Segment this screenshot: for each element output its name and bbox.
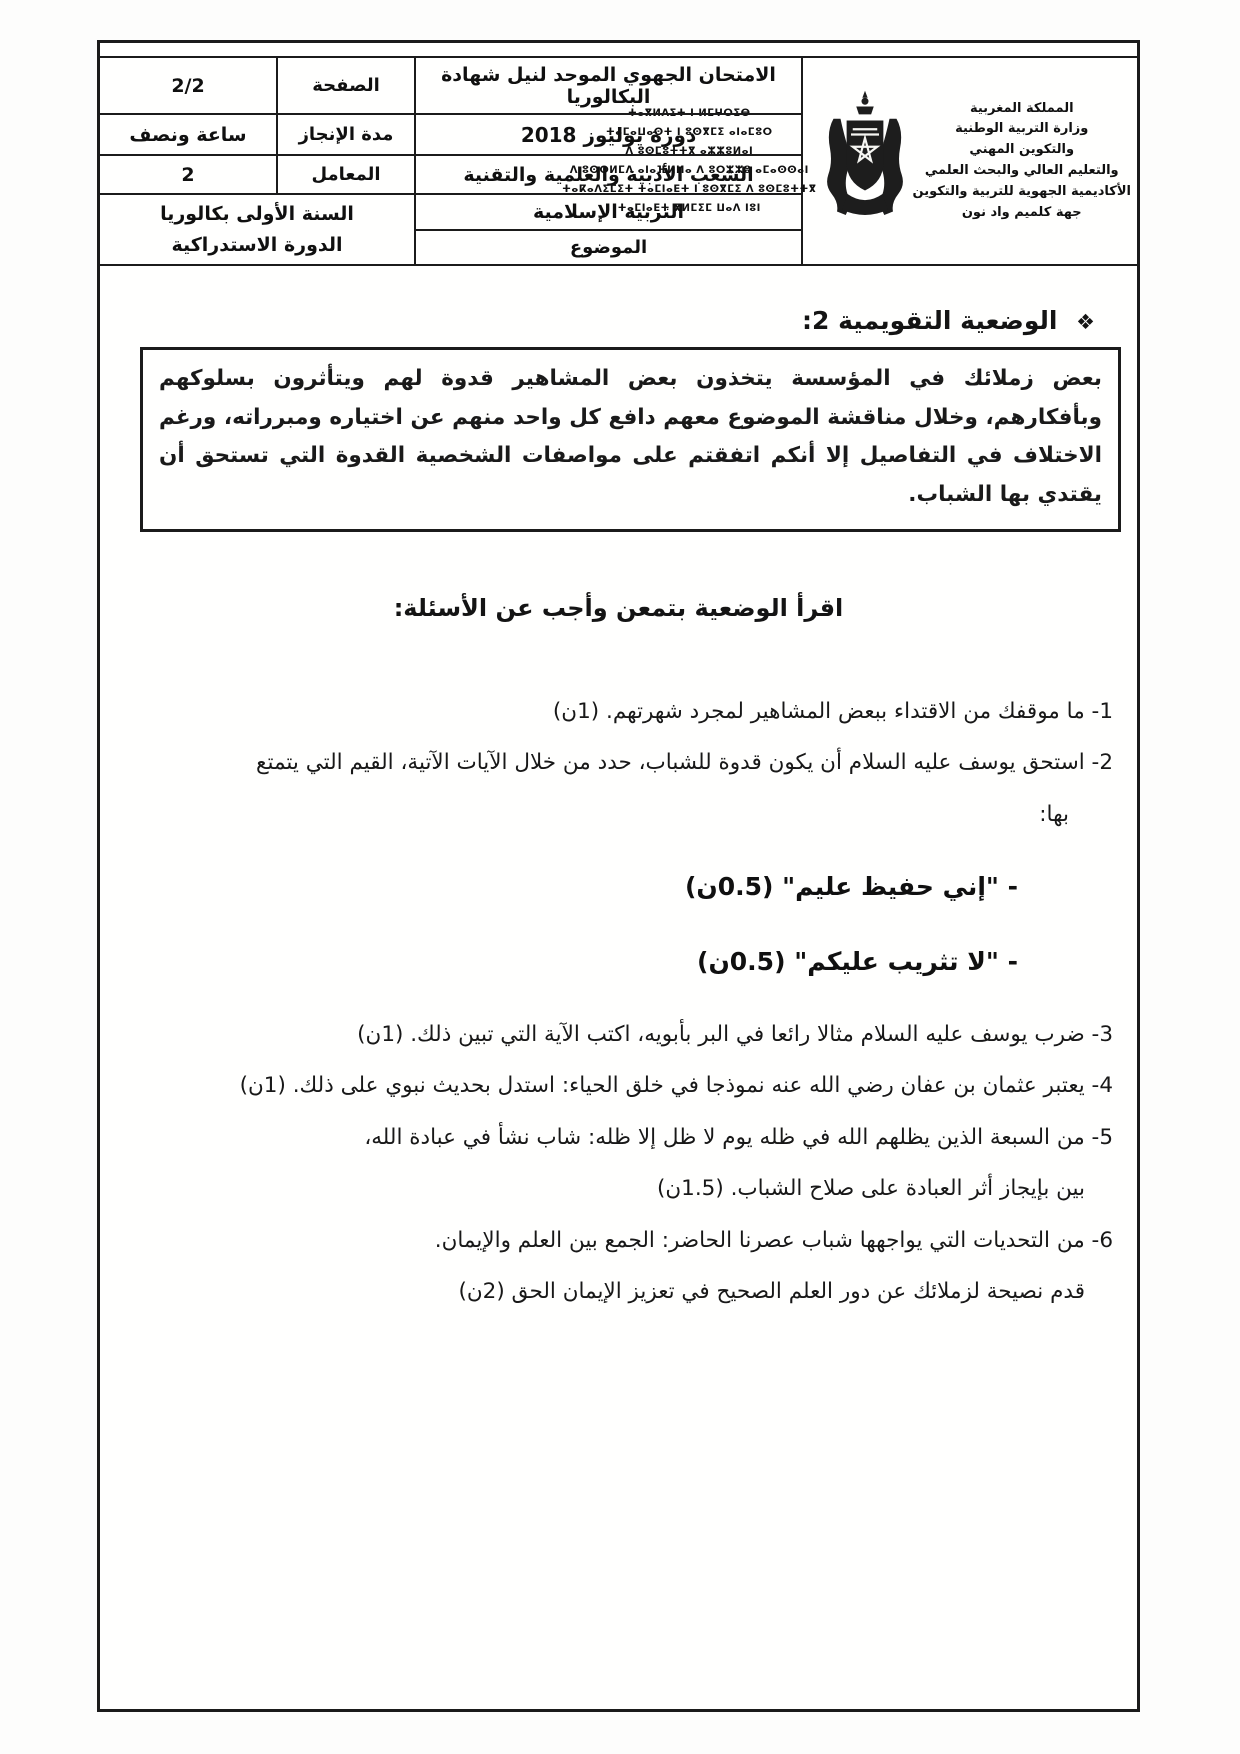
section-title: ❖ الوضعية التقويمية 2: xyxy=(100,306,1095,335)
exam-title: الامتحان الجهوي الموحد لنيل شهادة البكال… xyxy=(416,58,801,115)
page-label: الصفحة xyxy=(276,58,414,113)
ministry-line: جهة كلميم واد نون xyxy=(913,203,1132,224)
ministry-line: وزارة التربية الوطنية xyxy=(913,119,1132,140)
ministry-name-arabic: المملكة المغربية وزارة التربية الوطنية و… xyxy=(913,99,1132,224)
exam-session: دورة يوليوز 2018 xyxy=(416,115,801,156)
question-5-line1: 5- من السبعة الذين يظلهم الله في ظله يوم… xyxy=(195,1120,1113,1155)
meta-row-page: الصفحة 2/2 xyxy=(100,58,414,115)
quran-verse-2: - "لا تثريب عليكم" (0.5ن) xyxy=(195,941,1113,982)
ministry-line: والتعليم العالي والبحث العلمي xyxy=(913,161,1132,182)
quran-verse-1: - "إني حفيظ عليم" (0.5ن) xyxy=(195,866,1113,907)
ministry-line: والتكوين المهني xyxy=(913,140,1132,161)
duration-value: ساعة ونصف xyxy=(100,115,276,154)
level-line2: الدورة الاستدراكية xyxy=(171,230,342,260)
question-1: 1- ما موقفك من الاقتداء ببعض المشاهير لم… xyxy=(195,694,1113,729)
section-title-text: الوضعية التقويمية 2: xyxy=(802,306,1057,335)
coat-of-arms-icon xyxy=(821,89,909,233)
header-table: المملكة المغربية وزارة التربية الوطنية و… xyxy=(100,56,1137,266)
exam-subject: التربية الإسلامية xyxy=(416,195,801,231)
exam-scan-page: المملكة المغربية وزارة التربية الوطنية و… xyxy=(0,0,1240,1754)
coefficient-value: 2 xyxy=(100,156,276,193)
meta-row-coefficient: المعامل 2 xyxy=(100,156,414,195)
exam-streams: الشعب الأدبية والعلمية والتقنية xyxy=(416,156,801,195)
ministry-line: الأكاديمية الجهوية للتربية والتكوين xyxy=(913,182,1132,203)
situation-box: بعض زملائك في المؤسسة يتخذون بعض المشاهي… xyxy=(140,347,1121,532)
duration-label: مدة الإنجاز xyxy=(276,115,414,154)
question-5-line2: بين بإيجاز أثر العبادة على صلاح الشباب. … xyxy=(195,1171,1113,1206)
page-border-frame: المملكة المغربية وزارة التربية الوطنية و… xyxy=(97,40,1140,1712)
question-2-line2: بها: xyxy=(195,797,1113,832)
header-exam-info: الامتحان الجهوي الموحد لنيل شهادة البكال… xyxy=(416,58,801,264)
coefficient-label: المعامل xyxy=(276,156,414,193)
question-6-line1: 6- من التحديات التي يواجهها شباب عصرنا ا… xyxy=(195,1223,1113,1258)
ministry-line: المملكة المغربية xyxy=(913,99,1132,120)
page-value: 2/2 xyxy=(100,58,276,113)
level-cell: السنة الأولى بكالوريا الدورة الاستدراكية xyxy=(100,195,414,264)
question-3: 3- ضرب يوسف عليه السلام مثالا رائعا في ا… xyxy=(195,1017,1113,1052)
meta-row-duration: مدة الإنجاز ساعة ونصف xyxy=(100,115,414,156)
instruction-line: اقرأ الوضعية بتمعن وأجب عن الأسئلة: xyxy=(100,594,1137,622)
header-meta: الصفحة 2/2 مدة الإنجاز ساعة ونصف المعامل… xyxy=(100,58,416,264)
level-line1: السنة الأولى بكالوريا xyxy=(160,199,354,229)
diamond-bullet-icon: ❖ xyxy=(1076,310,1095,334)
question-4: 4- يعتبر عثمان بن عفان رضي الله عنه نموذ… xyxy=(195,1068,1113,1103)
header-logo-cell: المملكة المغربية وزارة التربية الوطنية و… xyxy=(801,58,1137,264)
exam-doc-type: الموضوع xyxy=(416,231,801,264)
questions-list: 1- ما موقفك من الاقتداء ببعض المشاهير لم… xyxy=(195,694,1113,1310)
question-6-line2: قدم نصيحة لزملائك عن دور العلم الصحيح في… xyxy=(195,1274,1113,1309)
question-2-line1: 2- استحق يوسف عليه السلام أن يكون قدوة ل… xyxy=(195,745,1113,780)
